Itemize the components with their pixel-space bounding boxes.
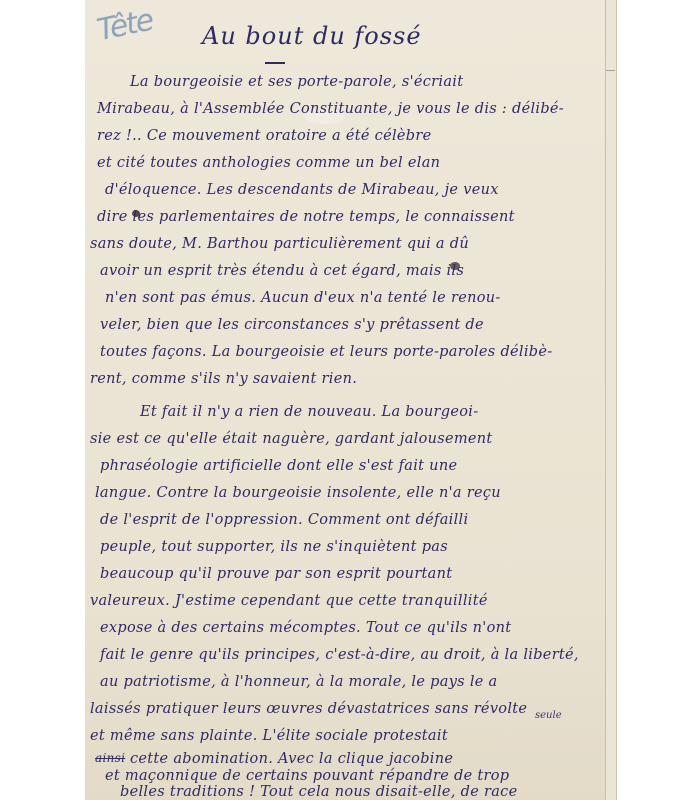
manuscript-line: Mirabeau, à l'Assemblée Constituante, je… bbox=[97, 101, 564, 117]
manuscript-line: d'éloquence. Les descendants de Mirabeau… bbox=[105, 182, 499, 198]
manuscript-line: rent, comme s'ils n'y savaient rien. bbox=[90, 371, 357, 387]
manuscript-line: dire les parlementaires de notre temps, … bbox=[97, 209, 515, 225]
manuscript-line: laissés pratiquer leurs œuvres dévastatr… bbox=[90, 701, 527, 717]
manuscript-line: au patriotisme, à l'honneur, à la morale… bbox=[100, 674, 498, 690]
struck-through-word: ainsi bbox=[95, 751, 125, 765]
manuscript-line: belles traditions ! Tout cela nous disai… bbox=[120, 784, 518, 800]
manuscript-line: sans doute, M. Barthou particulièrement … bbox=[90, 236, 469, 252]
manuscript-line: veler, bien que les circonstances s'y pr… bbox=[100, 317, 484, 333]
manuscript-line: beaucoup qu'il prouve par son esprit pou… bbox=[100, 566, 452, 582]
manuscript-line: expose à des certains mécomptes. Tout ce… bbox=[100, 620, 511, 636]
manuscript-line: sie est ce qu'elle était naguère, gardan… bbox=[90, 431, 493, 447]
interlinear-correction: seule bbox=[535, 710, 562, 721]
manuscript-line: de l'esprit de l'oppression. Comment ont… bbox=[100, 512, 468, 528]
manuscript-page: Tête Au bout du fossé La bourgeoisie et … bbox=[85, 0, 605, 800]
manuscript-line: langue. Contre la bourgeoisie insolente,… bbox=[95, 485, 501, 501]
manuscript-line: et même sans plainte. L'élite sociale pr… bbox=[90, 728, 448, 744]
manuscript-line: peuple, tout supporter, ils ne s'inquièt… bbox=[100, 539, 448, 555]
manuscript-line: n'en sont pas émus. Aucun d'eux n'a tent… bbox=[105, 290, 501, 306]
manuscript-line: rez !.. Ce mouvement oratoire a été célè… bbox=[97, 128, 431, 144]
manuscript-line: et cité toutes anthologies comme un bel … bbox=[97, 155, 440, 171]
manuscript-line: Et fait il n'y a rien de nouveau. La bou… bbox=[140, 404, 478, 420]
manuscript-line: phraséologie artificielle dont elle s'es… bbox=[100, 458, 457, 474]
manuscript-line: valeureux. J'estime cependant que cette … bbox=[90, 593, 488, 609]
manuscript-line: avoir un esprit très étendu à cet égard,… bbox=[100, 263, 464, 279]
manuscript-line: cette abomination. Avec la clique jacobi… bbox=[130, 751, 453, 767]
manuscript-line: La bourgeoisie et ses porte-parole, s'éc… bbox=[130, 74, 463, 90]
manuscript-line: toutes façons. La bourgeoisie et leurs p… bbox=[100, 344, 552, 360]
manuscript-line: fait le genre qu'ils principes, c'est-à-… bbox=[100, 647, 579, 663]
manuscript-line: et maçonnique de certains pouvant répand… bbox=[105, 768, 509, 784]
handwritten-body: La bourgeoisie et ses porte-parole, s'éc… bbox=[85, 0, 605, 800]
